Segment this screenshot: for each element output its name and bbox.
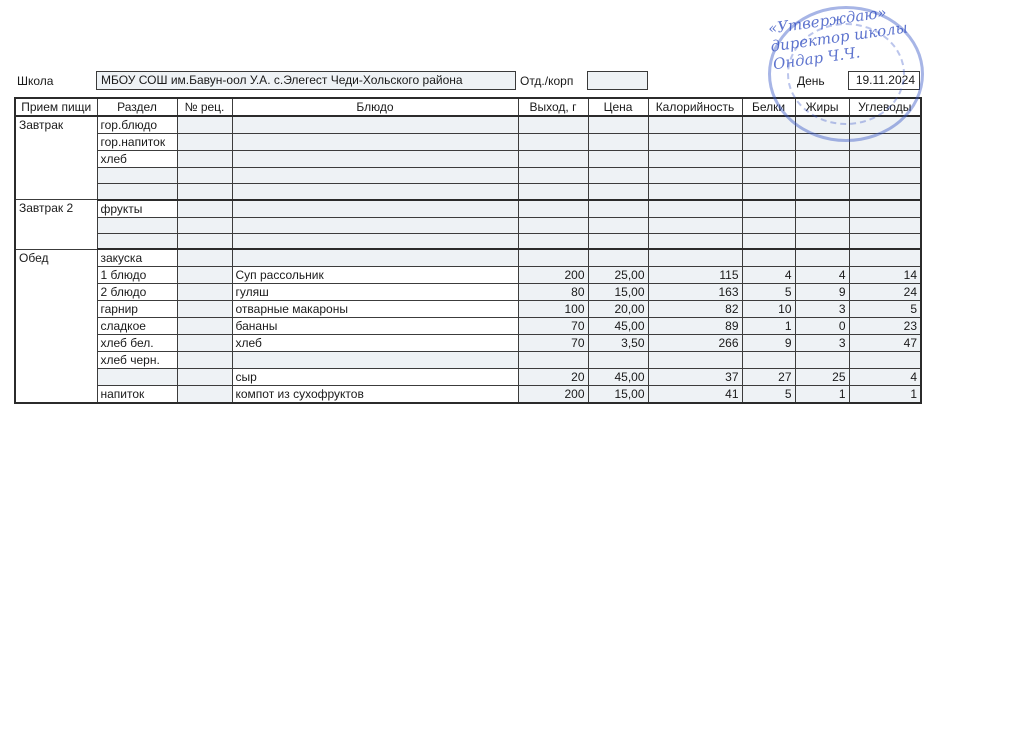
calories-cell[interactable] [648,200,742,218]
price-cell[interactable] [588,134,648,151]
table-row: гарниротварные макароны10020,00821035 [15,301,921,318]
yield-cell[interactable]: 200 [518,386,588,404]
table-row: 1 блюдоСуп рассольник20025,001154414 [15,267,921,284]
carbs-cell[interactable]: 14 [849,267,921,284]
dish-cell[interactable]: гуляш [232,284,518,301]
recipe-cell[interactable] [177,301,232,318]
approval-signature: «Утверждаю» директор школы Ондар Ч.Ч. [767,1,911,74]
calories-cell[interactable]: 82 [648,301,742,318]
yield-cell[interactable]: 70 [518,318,588,335]
column-header: Прием пищи [15,98,97,116]
carbs-cell[interactable] [849,184,921,200]
dish-cell[interactable] [232,168,518,184]
fats-cell[interactable]: 0 [795,318,849,335]
section-cell: закуска [97,249,177,267]
recipe-cell[interactable] [177,168,232,184]
calories-cell[interactable]: 37 [648,369,742,386]
table-row: напитоккомпот из сухофруктов20015,004151… [15,386,921,404]
proteins-cell[interactable]: 27 [742,369,795,386]
column-header: Выход, г [518,98,588,116]
yield-cell[interactable]: 20 [518,369,588,386]
proteins-cell[interactable] [742,184,795,200]
column-header: Раздел [97,98,177,116]
section-cell: гор.напиток [97,134,177,151]
yield-cell[interactable] [518,352,588,369]
table-row: Завтрак 2фрукты [15,200,921,218]
carbs-cell[interactable] [849,217,921,233]
proteins-cell[interactable] [742,200,795,218]
carbs-cell[interactable]: 1 [849,386,921,404]
carbs-cell[interactable] [849,200,921,218]
price-cell[interactable]: 15,00 [588,284,648,301]
calories-cell[interactable]: 115 [648,267,742,284]
proteins-cell[interactable]: 10 [742,301,795,318]
yield-cell[interactable]: 200 [518,267,588,284]
fats-cell[interactable]: 1 [795,386,849,404]
carbs-cell[interactable] [849,151,921,168]
recipe-cell[interactable] [177,267,232,284]
signature-line: «Утверждаю» [767,1,906,38]
yield-cell[interactable] [518,184,588,200]
branch-label: Отд./корп [520,73,573,89]
calories-cell[interactable]: 266 [648,335,742,352]
dish-cell[interactable] [232,116,518,134]
day-label: День [797,73,825,89]
table-row: гор.напиток [15,134,921,151]
price-cell[interactable] [588,249,648,267]
menu-table-body: Завтракгор.блюдогор.напитокхлебЗавтрак 2… [15,116,921,403]
fats-cell[interactable]: 9 [795,284,849,301]
proteins-cell[interactable]: 5 [742,284,795,301]
dish-cell[interactable] [232,184,518,200]
calories-cell[interactable] [648,184,742,200]
yield-cell[interactable] [518,233,588,249]
table-row: Обедзакуска [15,249,921,267]
section-cell: фрукты [97,200,177,218]
table-row: хлеб [15,151,921,168]
price-cell[interactable]: 3,50 [588,335,648,352]
carbs-cell[interactable] [849,168,921,184]
proteins-cell[interactable]: 9 [742,335,795,352]
recipe-cell[interactable] [177,217,232,233]
school-label: Школа [17,73,53,89]
school-field[interactable]: МБОУ СОШ им.Бавун-оол У.А. с.Элегест Чед… [96,71,516,90]
yield-cell[interactable] [518,217,588,233]
price-cell[interactable] [588,168,648,184]
table-row [15,233,921,249]
proteins-cell[interactable] [742,168,795,184]
section-cell: хлеб [97,151,177,168]
carbs-cell[interactable] [849,352,921,369]
table-row [15,217,921,233]
dish-cell[interactable]: хлеб [232,335,518,352]
table-row [15,184,921,200]
calories-cell[interactable] [648,151,742,168]
recipe-cell[interactable] [177,249,232,267]
calories-cell[interactable] [648,233,742,249]
price-cell[interactable] [588,217,648,233]
price-cell[interactable] [588,184,648,200]
table-row: хлеб черн. [15,352,921,369]
fats-cell[interactable]: 25 [795,369,849,386]
meal-cell: Завтрак 2 [15,200,97,250]
recipe-cell[interactable] [177,184,232,200]
fats-cell[interactable] [795,217,849,233]
section-cell: хлеб черн. [97,352,177,369]
calories-cell[interactable] [648,168,742,184]
price-cell[interactable] [588,200,648,218]
carbs-cell[interactable] [849,249,921,267]
section-cell [97,369,177,386]
calories-cell[interactable]: 41 [648,386,742,404]
proteins-cell[interactable] [742,352,795,369]
yield-cell[interactable] [518,249,588,267]
recipe-cell[interactable] [177,116,232,134]
fats-cell[interactable] [795,352,849,369]
price-cell[interactable] [588,233,648,249]
carbs-cell[interactable] [849,233,921,249]
section-cell: гарнир [97,301,177,318]
fats-cell[interactable] [795,116,849,134]
calories-cell[interactable] [648,134,742,151]
section-cell: гор.блюдо [97,116,177,134]
proteins-cell[interactable] [742,116,795,134]
dish-cell[interactable] [232,134,518,151]
column-header: № рец. [177,98,232,116]
recipe-cell[interactable] [177,335,232,352]
calories-cell[interactable] [648,217,742,233]
menu-table: Прием пищиРаздел№ рец.БлюдоВыход, гЦенаК… [14,97,922,404]
yield-cell[interactable] [518,200,588,218]
price-cell[interactable]: 45,00 [588,318,648,335]
proteins-cell[interactable] [742,151,795,168]
calories-cell[interactable]: 89 [648,318,742,335]
dish-cell[interactable]: отварные макароны [232,301,518,318]
fats-cell[interactable] [795,151,849,168]
carbs-cell[interactable]: 24 [849,284,921,301]
carbs-cell[interactable]: 47 [849,335,921,352]
proteins-cell[interactable] [742,233,795,249]
table-header-row: Прием пищиРаздел№ рец.БлюдоВыход, гЦенаК… [15,98,921,116]
column-header: Углеводы [849,98,921,116]
yield-cell[interactable]: 80 [518,284,588,301]
recipe-cell[interactable] [177,284,232,301]
price-cell[interactable] [588,151,648,168]
recipe-cell[interactable] [177,369,232,386]
dish-cell[interactable]: компот из сухофруктов [232,386,518,404]
calories-cell[interactable] [648,116,742,134]
yield-cell[interactable]: 70 [518,335,588,352]
price-cell[interactable] [588,352,648,369]
fats-cell[interactable] [795,168,849,184]
fats-cell[interactable] [795,134,849,151]
recipe-cell[interactable] [177,318,232,335]
column-header: Калорийность [648,98,742,116]
proteins-cell[interactable] [742,217,795,233]
fats-cell[interactable] [795,184,849,200]
section-cell: напиток [97,386,177,404]
carbs-cell[interactable]: 4 [849,369,921,386]
carbs-cell[interactable]: 5 [849,301,921,318]
section-cell [97,217,177,233]
yield-cell[interactable] [518,134,588,151]
column-header: Цена [588,98,648,116]
recipe-cell[interactable] [177,352,232,369]
yield-cell[interactable]: 100 [518,301,588,318]
calories-cell[interactable] [648,249,742,267]
dish-cell[interactable]: сыр [232,369,518,386]
calories-cell[interactable]: 163 [648,284,742,301]
recipe-cell[interactable] [177,233,232,249]
fats-cell[interactable]: 3 [795,335,849,352]
carbs-cell[interactable] [849,116,921,134]
carbs-cell[interactable]: 23 [849,318,921,335]
dish-cell[interactable] [232,249,518,267]
proteins-cell[interactable]: 4 [742,267,795,284]
section-cell [97,233,177,249]
recipe-cell[interactable] [177,134,232,151]
calories-cell[interactable] [648,352,742,369]
fats-cell[interactable]: 4 [795,267,849,284]
price-cell[interactable]: 15,00 [588,386,648,404]
yield-cell[interactable] [518,168,588,184]
meal-cell: Обед [15,249,97,403]
price-cell[interactable]: 45,00 [588,369,648,386]
dish-cell[interactable]: бананы [232,318,518,335]
proteins-cell[interactable]: 1 [742,318,795,335]
dish-cell[interactable]: Суп рассольник [232,267,518,284]
fats-cell[interactable] [795,233,849,249]
day-field[interactable]: 19.11.2024 [848,71,920,90]
table-row [15,168,921,184]
dish-cell[interactable] [232,217,518,233]
fats-cell[interactable]: 3 [795,301,849,318]
price-cell[interactable]: 20,00 [588,301,648,318]
section-cell [97,168,177,184]
proteins-cell[interactable] [742,134,795,151]
column-header: Жиры [795,98,849,116]
branch-field[interactable] [587,71,648,90]
meal-cell: Завтрак [15,116,97,200]
section-cell: 2 блюдо [97,284,177,301]
carbs-cell[interactable] [849,134,921,151]
section-cell: сладкое [97,318,177,335]
dish-cell[interactable] [232,151,518,168]
price-cell[interactable] [588,116,648,134]
proteins-cell[interactable] [742,249,795,267]
signature-line: директор школы [769,18,908,55]
section-cell: 1 блюдо [97,267,177,284]
yield-cell[interactable] [518,151,588,168]
section-cell [97,184,177,200]
fats-cell[interactable] [795,200,849,218]
section-cell: хлеб бел. [97,335,177,352]
price-cell[interactable]: 25,00 [588,267,648,284]
yield-cell[interactable] [518,116,588,134]
recipe-cell[interactable] [177,386,232,404]
table-row: Завтракгор.блюдо [15,116,921,134]
column-header: Белки [742,98,795,116]
table-row: 2 блюдогуляш8015,001635924 [15,284,921,301]
table-row: сыр2045,003727254 [15,369,921,386]
table-row: хлеб бел.хлеб703,502669347 [15,335,921,352]
table-row: сладкоебананы7045,00891023 [15,318,921,335]
dish-cell[interactable] [232,233,518,249]
column-header: Блюдо [232,98,518,116]
dish-cell[interactable] [232,200,518,218]
signature-line: Ондар Ч.Ч. [772,36,911,73]
proteins-cell[interactable]: 5 [742,386,795,404]
dish-cell[interactable] [232,352,518,369]
recipe-cell[interactable] [177,200,232,218]
fats-cell[interactable] [795,249,849,267]
recipe-cell[interactable] [177,151,232,168]
